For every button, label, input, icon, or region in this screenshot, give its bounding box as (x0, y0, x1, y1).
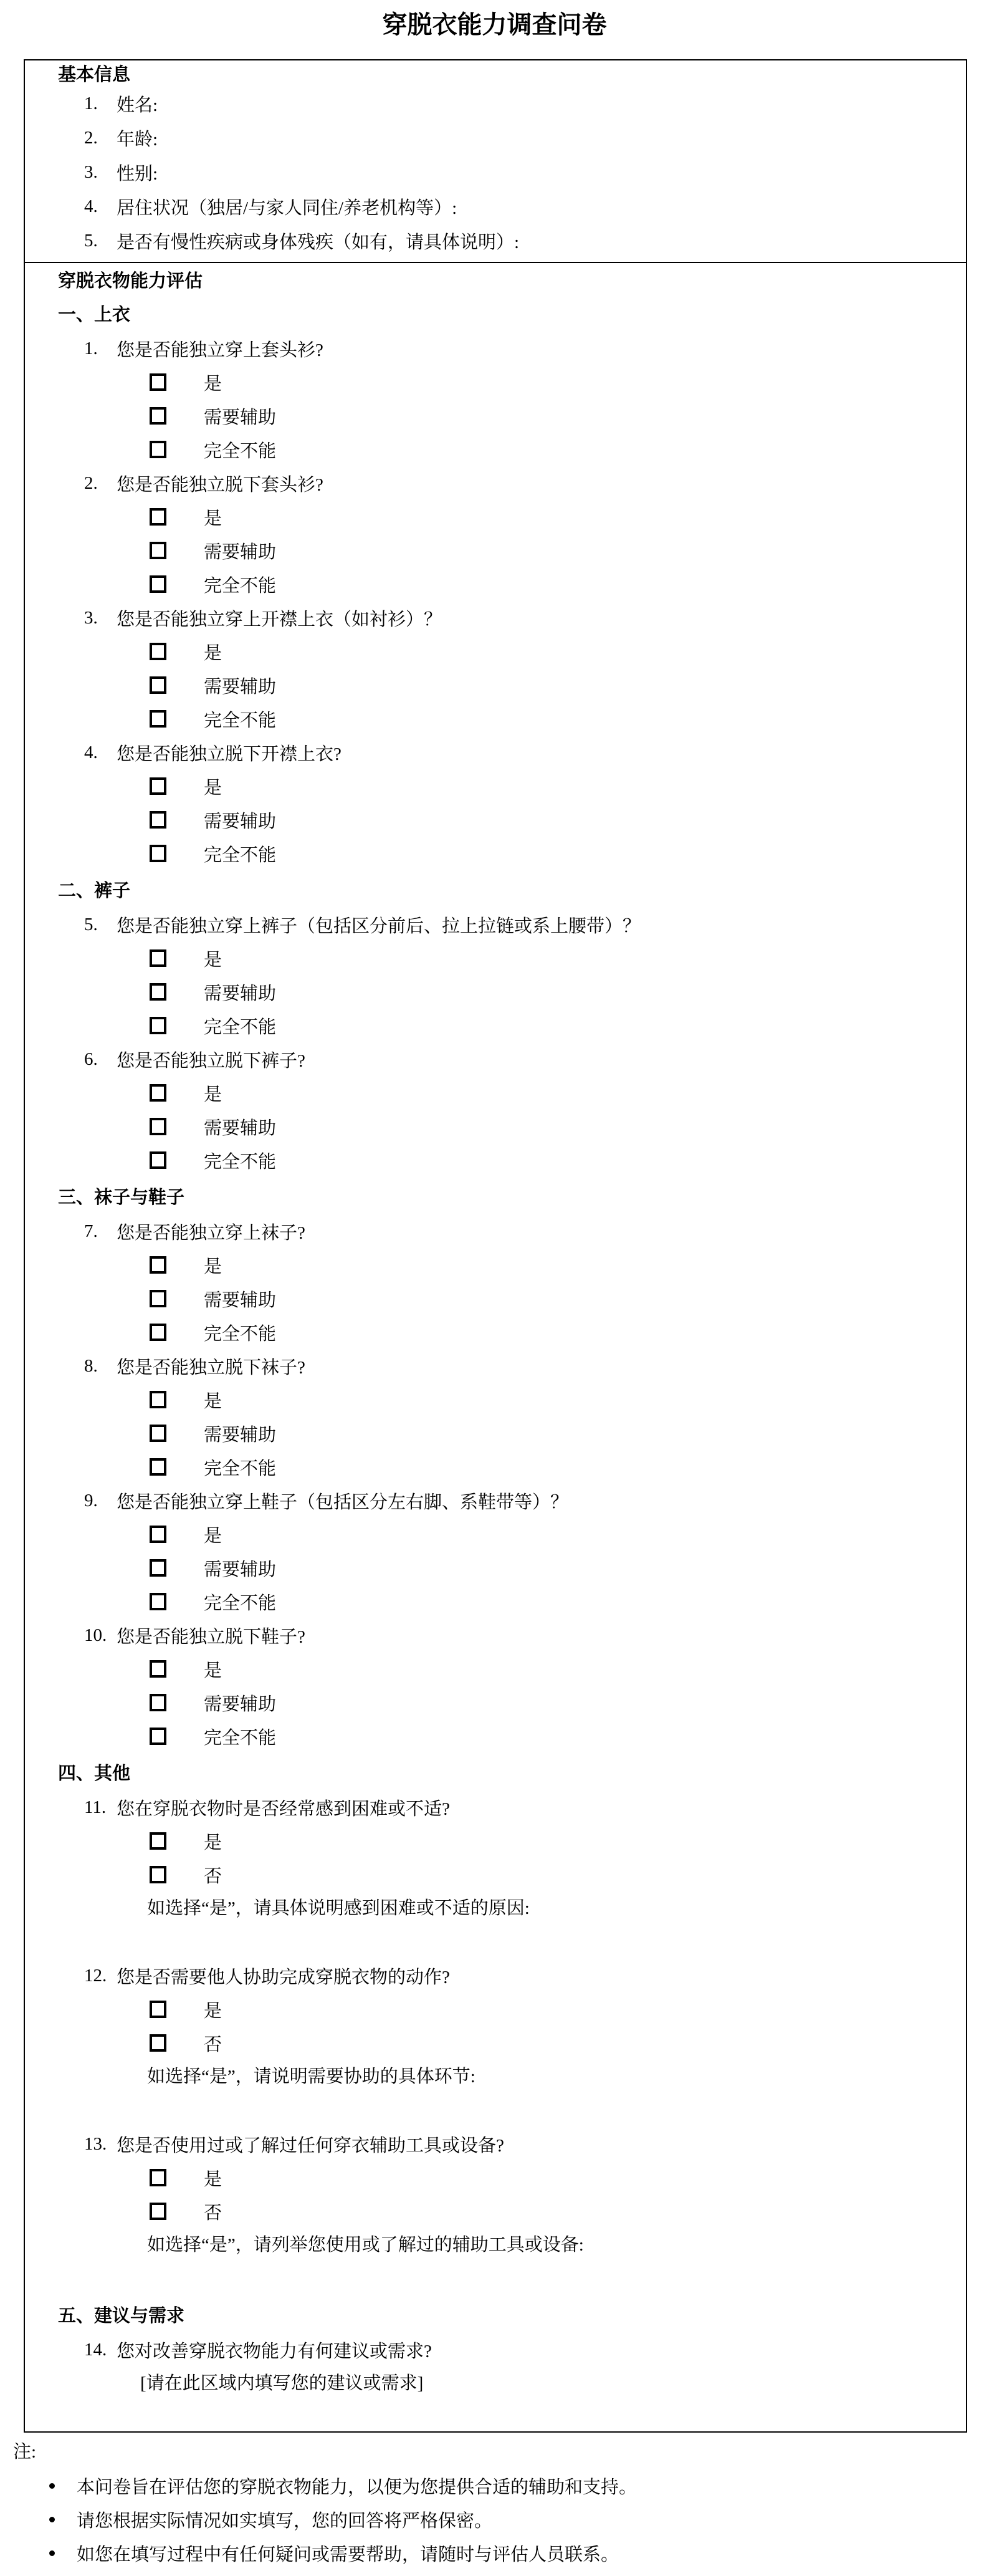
option-row: 需要辅助 (25, 1551, 966, 1585)
footer-notes: 注: 本问卷旨在评估您的穿脱衣物能力，以便为您提供合适的辅助和支持。 请您根据实… (0, 2435, 989, 2570)
option-row: 完全不能 (25, 1450, 966, 1484)
conditional-note: 如选择“是”，请具体说明感到困难或不适的原因: (25, 1891, 966, 1925)
option-row: 需要辅助 (25, 534, 966, 567)
list-item-label: 性别: (117, 160, 158, 185)
question-number: 2. (84, 473, 117, 494)
checkbox-icon[interactable] (150, 1391, 166, 1408)
option-row: 是 (25, 1517, 966, 1551)
option-row: 完全不能 (25, 1315, 966, 1349)
notes-heading: 注: (0, 2435, 989, 2469)
option-row: 需要辅助 (25, 803, 966, 837)
option-row: 需要辅助 (25, 1686, 966, 1719)
note-item: 请您根据实际情况如实填写，您的回答将严格保密。 (0, 2502, 989, 2536)
option-row: 是 (25, 500, 966, 534)
option-row: 是 (25, 769, 966, 803)
basic-info-section: 基本信息 1.姓名: 2.年龄: 3.性别: 4.居住状况（独居/与家人同住/养… (25, 60, 966, 262)
question-number: 4. (84, 743, 117, 763)
option-label: 是 (204, 504, 222, 530)
list-item-label: 姓名: (117, 91, 158, 117)
question-number: 9. (84, 1491, 117, 1511)
checkbox-icon[interactable] (150, 983, 166, 1001)
page-title: 穿脱衣能力调查问卷 (0, 10, 989, 40)
option-label: 需要辅助 (204, 403, 276, 429)
option-row: 完全不能 (25, 837, 966, 870)
checkbox-icon[interactable] (150, 1660, 166, 1678)
question-text: 您是否能独立穿上鞋子（包括区分左右脚、系鞋带等）？ (117, 1488, 568, 1514)
questionnaire-form: 基本信息 1.姓名: 2.年龄: 3.性别: 4.居住状况（独居/与家人同住/养… (24, 59, 967, 2433)
option-row: 是 (25, 1652, 966, 1686)
checkbox-icon[interactable] (150, 407, 166, 425)
question-text: 您在穿脱衣物时是否经常感到困难或不适? (117, 1795, 450, 1820)
checkbox-icon[interactable] (150, 1559, 166, 1577)
note-text: 请您根据实际情况如实填写，您的回答将严格保密。 (77, 2507, 492, 2532)
question-row: 13.您是否使用过或了解过任何穿衣辅助工具或设备? (25, 2127, 966, 2161)
option-label: 完全不能 (204, 1589, 276, 1615)
question-row: 14.您对改善穿脱衣物能力有何建议或需求? (25, 2333, 966, 2367)
question-text: 您是否能独立脱下裤子? (117, 1047, 305, 1072)
question-number: 14. (84, 2340, 117, 2360)
question-number: 1. (84, 339, 117, 359)
list-item: 5.是否有慢性疾病或身体残疾（如有，请具体说明）: (25, 224, 966, 258)
assessment-heading: 穿脱衣物能力评估 (25, 268, 966, 294)
section-heading-pants: 二、裤子 (25, 874, 966, 908)
option-label: 完全不能 (204, 1013, 276, 1039)
write-in-space (25, 1925, 966, 1959)
note-item: 如您在填写过程中有任何疑问或需要帮助，请随时与评估人员联系。 (0, 2536, 989, 2570)
option-label: 需要辅助 (204, 807, 276, 833)
question-row: 5.您是否能独立穿上裤子（包括区分前后、拉上拉链或系上腰带）？ (25, 908, 966, 941)
option-row: 是 (25, 2161, 966, 2194)
option-label: 完全不能 (204, 1148, 276, 1173)
checkbox-icon[interactable] (150, 2001, 166, 2018)
option-row: 否 (25, 2194, 966, 2228)
conditional-note: 如选择“是”，请说明需要协助的具体环节: (25, 2060, 966, 2093)
list-item: 2.年龄: (25, 121, 966, 155)
question-row: 8.您是否能独立脱下袜子? (25, 1349, 966, 1383)
checkbox-icon[interactable] (150, 1832, 166, 1850)
bullet-icon (49, 2483, 55, 2489)
option-label: 需要辅助 (204, 538, 276, 564)
checkbox-icon[interactable] (150, 845, 166, 862)
option-label: 否 (204, 1862, 222, 1888)
question-number: 13. (84, 2134, 117, 2155)
question-row: 6.您是否能独立脱下裤子? (25, 1042, 966, 1076)
question-row: 12.您是否需要他人协助完成穿脱衣物的动作? (25, 1959, 966, 1992)
checkbox-icon[interactable] (150, 1017, 166, 1034)
option-label: 完全不能 (204, 841, 276, 867)
checkbox-icon[interactable] (150, 1151, 166, 1169)
checkbox-icon[interactable] (150, 1526, 166, 1543)
question-number: 10. (84, 1625, 117, 1646)
question-text: 您是否能独立脱下开襟上衣? (117, 740, 342, 766)
checkbox-icon[interactable] (150, 2169, 166, 2186)
list-item-label: 年龄: (117, 125, 158, 151)
checkbox-icon[interactable] (150, 1458, 166, 1476)
option-label: 是 (204, 1997, 222, 2022)
option-label: 否 (204, 2199, 222, 2224)
option-row: 完全不能 (25, 1719, 966, 1753)
option-row: 是 (25, 1248, 966, 1282)
bullet-icon (49, 2517, 55, 2522)
option-row: 需要辅助 (25, 668, 966, 702)
note-text: 本问卷旨在评估您的穿脱衣物能力，以便为您提供合适的辅助和支持。 (77, 2473, 637, 2499)
question-text: 您是否能独立穿上开襟上衣（如衬衫）？ (117, 605, 442, 631)
checkbox-icon[interactable] (150, 1694, 166, 1711)
checkbox-icon[interactable] (150, 441, 166, 458)
option-row: 是 (25, 1824, 966, 1858)
checkbox-icon[interactable] (150, 1256, 166, 1274)
option-label: 完全不能 (204, 1320, 276, 1345)
list-item-label: 是否有慢性疾病或身体残疾（如有，请具体说明）: (117, 228, 519, 254)
option-row: 是 (25, 365, 966, 399)
question-text: 您是否能独立穿上裤子（包括区分前后、拉上拉链或系上腰带）？ (117, 912, 641, 938)
question-number: 5. (84, 915, 117, 935)
option-label: 是 (204, 1522, 222, 1547)
option-row: 完全不能 (25, 567, 966, 601)
option-row: 是 (25, 1383, 966, 1416)
option-row: 需要辅助 (25, 399, 966, 433)
question-number: 12. (84, 1966, 117, 1986)
option-label: 需要辅助 (204, 1555, 276, 1581)
question-text: 您是否需要他人协助完成穿脱衣物的动作? (117, 1963, 450, 1989)
question-row: 4.您是否能独立脱下开襟上衣? (25, 736, 966, 769)
checkbox-icon[interactable] (150, 643, 166, 660)
option-label: 完全不能 (204, 1724, 276, 1749)
option-label: 需要辅助 (204, 673, 276, 698)
note-text: 如您在填写过程中有任何疑问或需要帮助，请随时与评估人员联系。 (77, 2540, 619, 2566)
checkbox-icon[interactable] (150, 1728, 166, 1745)
write-in-space (25, 2093, 966, 2127)
option-row: 是 (25, 635, 966, 668)
list-item: 1.姓名: (25, 87, 966, 121)
checkbox-icon[interactable] (150, 710, 166, 728)
list-item-number: 3. (84, 162, 117, 183)
question-text: 您是否能独立穿上套头衫? (117, 336, 323, 362)
checkbox-icon[interactable] (150, 508, 166, 526)
checkbox-icon[interactable] (150, 542, 166, 559)
list-item: 4.居住状况（独居/与家人同住/养老机构等）: (25, 190, 966, 224)
question-text: 您对改善穿脱衣物能力有何建议或需求? (117, 2337, 432, 2363)
option-label: 否 (204, 2031, 222, 2056)
question-number: 11. (84, 1797, 117, 1818)
section-heading-tops: 一、上衣 (25, 298, 966, 332)
checkbox-icon[interactable] (150, 1324, 166, 1341)
checkbox-icon[interactable] (150, 575, 166, 593)
option-row: 否 (25, 1858, 966, 1891)
option-label: 是 (204, 639, 222, 665)
checkbox-icon[interactable] (150, 676, 166, 694)
option-row: 需要辅助 (25, 1282, 966, 1315)
option-label: 需要辅助 (204, 979, 276, 1005)
list-item-label: 居住状况（独居/与家人同住/养老机构等）: (117, 194, 457, 219)
question-number: 3. (84, 608, 117, 628)
checkbox-icon[interactable] (150, 1290, 166, 1307)
option-row: 需要辅助 (25, 1110, 966, 1143)
option-label: 是 (204, 1252, 222, 1278)
option-label: 完全不能 (204, 437, 276, 463)
question-row: 10.您是否能独立脱下鞋子? (25, 1618, 966, 1652)
option-row: 完全不能 (25, 1585, 966, 1618)
note-item: 本问卷旨在评估您的穿脱衣物能力，以便为您提供合适的辅助和支持。 (0, 2469, 989, 2502)
question-text: 您是否能独立脱下袜子? (117, 1353, 305, 1379)
checkbox-icon[interactable] (150, 2203, 166, 2220)
option-row: 是 (25, 1992, 966, 2026)
option-label: 是 (204, 1080, 222, 1106)
option-label: 是 (204, 946, 222, 971)
option-label: 完全不能 (204, 706, 276, 732)
option-row: 完全不能 (25, 1009, 966, 1042)
question-number: 6. (84, 1049, 117, 1070)
option-row: 需要辅助 (25, 975, 966, 1009)
question-row: 2.您是否能独立脱下套头衫? (25, 466, 966, 500)
option-label: 需要辅助 (204, 1690, 276, 1716)
list-item-number: 4. (84, 196, 117, 217)
option-label: 需要辅助 (204, 1114, 276, 1140)
question-text: 您是否能独立脱下套头衫? (117, 471, 323, 496)
checkbox-icon[interactable] (150, 1084, 166, 1102)
checkbox-icon[interactable] (150, 949, 166, 967)
checkbox-icon[interactable] (150, 1118, 166, 1135)
checkbox-icon[interactable] (150, 1866, 166, 1883)
section-heading-suggestions: 五、建议与需求 (25, 2299, 966, 2333)
question-text: 您是否能独立穿上袜子? (117, 1219, 305, 1244)
question-text: 您是否使用过或了解过任何穿衣辅助工具或设备? (117, 2131, 504, 2157)
option-row: 是 (25, 1076, 966, 1110)
list-item-number: 2. (84, 128, 117, 148)
checkbox-icon[interactable] (150, 811, 166, 829)
option-label: 需要辅助 (204, 1286, 276, 1312)
option-label: 完全不能 (204, 572, 276, 597)
question-row: 11.您在穿脱衣物时是否经常感到困难或不适? (25, 1790, 966, 1824)
list-item-number: 5. (84, 231, 117, 251)
question-text: 您是否能独立脱下鞋子? (117, 1623, 305, 1648)
bullet-icon (49, 2550, 55, 2556)
option-row: 完全不能 (25, 702, 966, 736)
option-label: 是 (204, 1387, 222, 1413)
option-label: 是 (204, 774, 222, 799)
question-number: 7. (84, 1221, 117, 1242)
option-row: 否 (25, 2026, 966, 2060)
section-heading-other: 四、其他 (25, 1757, 966, 1790)
option-label: 是 (204, 2165, 222, 2191)
option-label: 需要辅助 (204, 1421, 276, 1446)
question-row: 3.您是否能独立穿上开襟上衣（如衬衫）？ (25, 601, 966, 635)
question-row: 7.您是否能独立穿上袜子? (25, 1214, 966, 1248)
question-row: 9.您是否能独立穿上鞋子（包括区分左右脚、系鞋带等）？ (25, 1484, 966, 1517)
checkbox-icon[interactable] (150, 777, 166, 795)
option-label: 完全不能 (204, 1454, 276, 1480)
answer-area-placeholder: [请在此区域内填写您的建议或需求] (25, 2367, 966, 2400)
section-heading-socks-shoes: 三、袜子与鞋子 (25, 1181, 966, 1214)
write-in-space (25, 2262, 966, 2295)
checkbox-icon[interactable] (150, 1425, 166, 1442)
checkbox-icon[interactable] (150, 1593, 166, 1610)
conditional-note: 如选择“是”，请列举您使用或了解过的辅助工具或设备: (25, 2228, 966, 2262)
option-row: 完全不能 (25, 433, 966, 466)
question-row: 1.您是否能独立穿上套头衫? (25, 332, 966, 365)
question-number: 8. (84, 1356, 117, 1377)
checkbox-icon[interactable] (150, 373, 166, 391)
list-item-number: 1. (84, 94, 117, 114)
option-row: 是 (25, 941, 966, 975)
basic-info-heading: 基本信息 (25, 63, 966, 87)
option-label: 是 (204, 1656, 222, 1682)
option-row: 完全不能 (25, 1143, 966, 1177)
option-row: 需要辅助 (25, 1416, 966, 1450)
option-label: 是 (204, 370, 222, 395)
option-label: 是 (204, 1829, 222, 1854)
assessment-section: 穿脱衣物能力评估 一、上衣 1.您是否能独立穿上套头衫? 是 需要辅助 完全不能… (25, 262, 966, 2431)
checkbox-icon[interactable] (150, 2034, 166, 2052)
list-item: 3.性别: (25, 155, 966, 190)
